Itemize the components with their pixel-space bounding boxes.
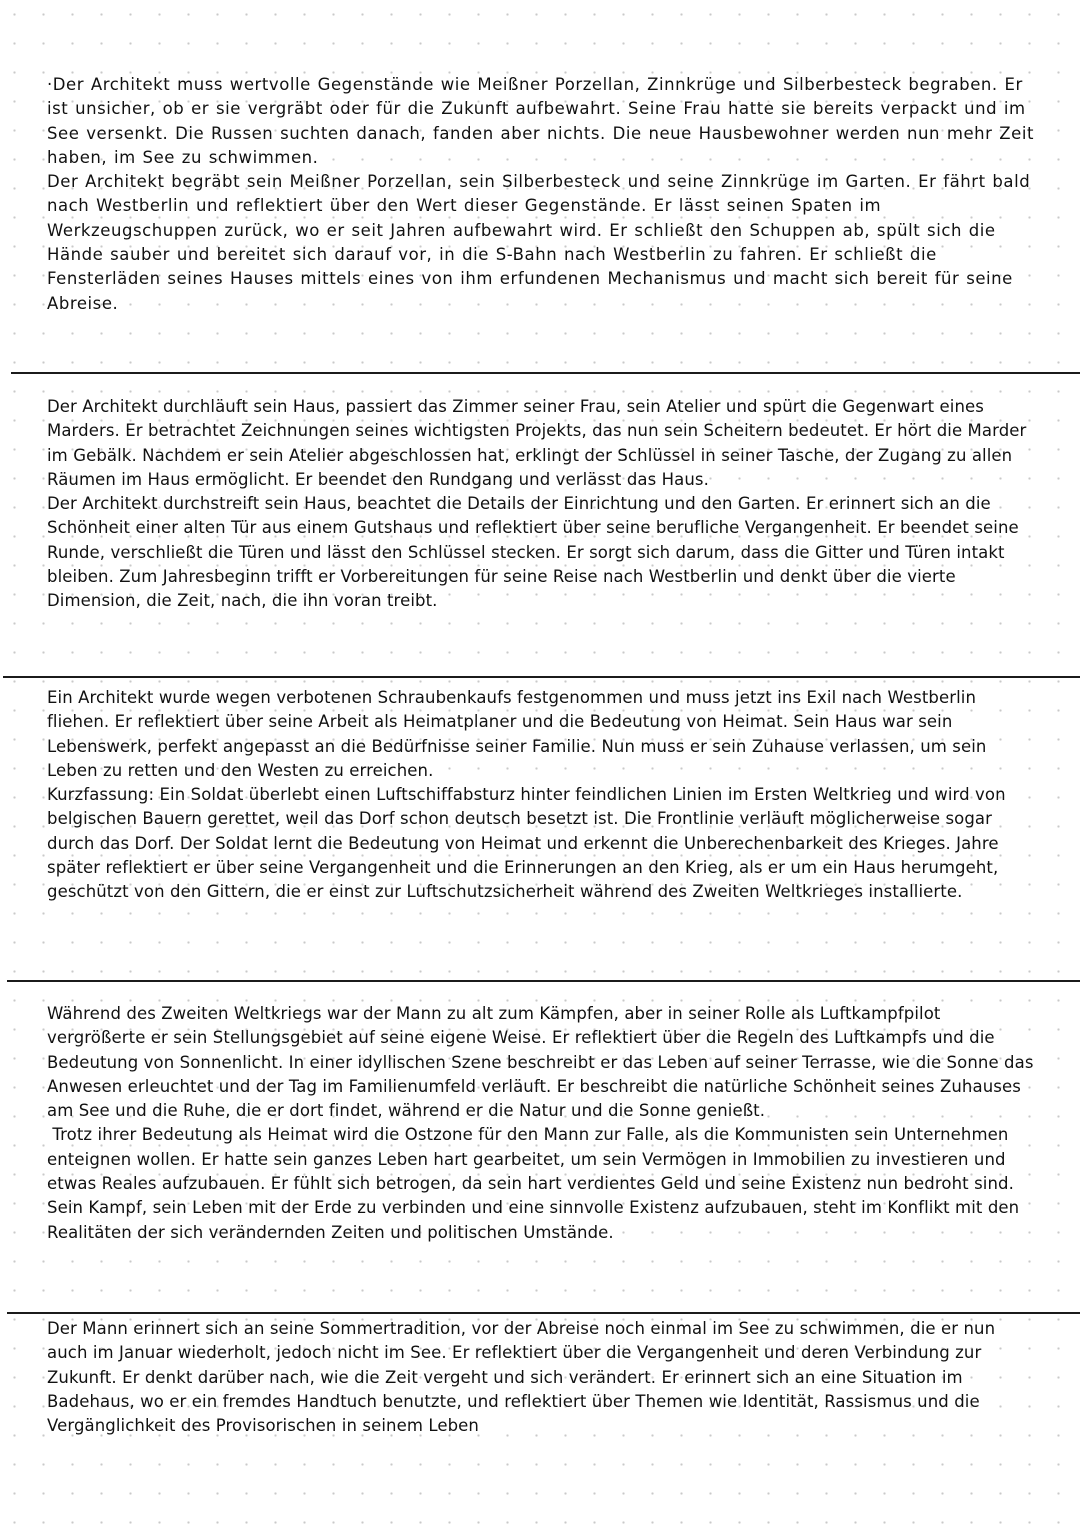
section-1-paragraph-2: Der Architekt begräbt sein Meißner Porze… bbox=[47, 170, 1037, 316]
section-3-paragraph-1: Ein Architekt wurde wegen verbotenen Sch… bbox=[47, 686, 1037, 783]
summary-section-2: Der Architekt durchläuft sein Haus, pass… bbox=[47, 395, 1037, 614]
section-divider-4 bbox=[7, 1312, 1080, 1314]
section-divider-2 bbox=[3, 676, 1080, 678]
section-2-paragraph-1: Der Architekt durchläuft sein Haus, pass… bbox=[47, 395, 1037, 492]
section-divider-1 bbox=[11, 372, 1080, 374]
section-divider-3 bbox=[7, 980, 1080, 982]
summary-section-3: Ein Architekt wurde wegen verbotenen Sch… bbox=[47, 686, 1037, 905]
section-5-paragraph-1: Der Mann erinnert sich an seine Sommertr… bbox=[47, 1317, 1037, 1438]
section-4-paragraph-1: Während des Zweiten Weltkriegs war der M… bbox=[47, 1002, 1037, 1123]
summary-section-4: Während des Zweiten Weltkriegs war der M… bbox=[47, 1002, 1037, 1245]
section-1-paragraph-1: ·Der Architekt muss wertvolle Gegenständ… bbox=[47, 73, 1037, 170]
summary-section-5: Der Mann erinnert sich an seine Sommertr… bbox=[47, 1317, 1037, 1438]
summary-section-1: ·Der Architekt muss wertvolle Gegenständ… bbox=[47, 73, 1037, 316]
section-4-paragraph-2: Trotz ihrer Bedeutung als Heimat wird di… bbox=[47, 1123, 1037, 1244]
dot-grid-page: ·Der Architekt muss wertvolle Gegenständ… bbox=[0, 0, 1080, 1527]
section-3-paragraph-2: Kurzfassung: Ein Soldat überlebt einen L… bbox=[47, 783, 1037, 904]
section-2-paragraph-2: Der Architekt durchstreift sein Haus, be… bbox=[47, 492, 1037, 613]
